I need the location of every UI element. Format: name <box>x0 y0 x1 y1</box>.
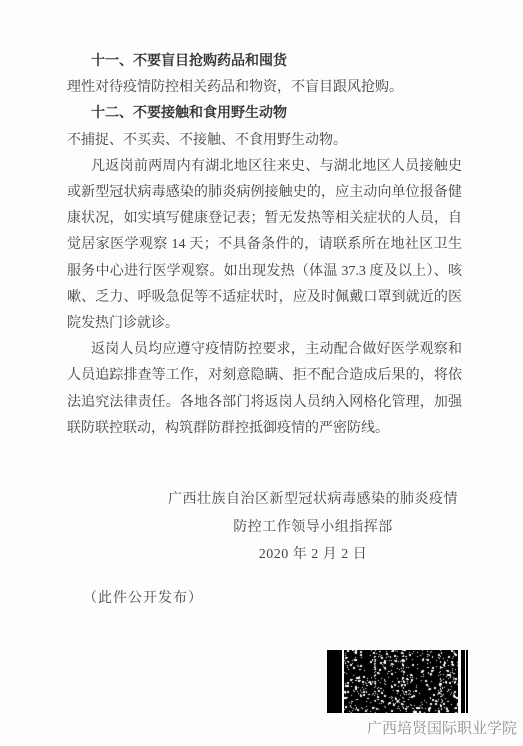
signature-org-line2: 防控工作领导小组指挥部 <box>164 514 462 542</box>
body-paragraph: 凡返岗前两周内有湖北地区往来史、与湖北地区人员接触史或新型冠状病毒感染的肺炎病例… <box>67 154 462 337</box>
signature-org-line1: 广西壮族自治区新型冠状病毒感染的肺炎疫情 <box>164 486 462 514</box>
signature-date: 2020 年 2 月 2 日 <box>164 541 462 569</box>
signature-block: 广西壮族自治区新型冠状病毒感染的肺炎疫情 防控工作领导小组指挥部 2020 年 … <box>164 486 462 569</box>
body-paragraph: 不捕捉、不买卖、不接触、不食用野生动物。 <box>67 128 462 154</box>
section-heading-12: 十二、不要接触和食用野生动物 <box>67 101 462 127</box>
redaction-bar-right-thin <box>466 650 468 713</box>
body-paragraph: 理性对待疫情防控相关药品和物资，不盲目跟风抢购。 <box>67 75 462 101</box>
redaction-noise-region <box>344 650 458 713</box>
public-release-note: （此件公开发布） <box>83 586 203 612</box>
document-body: 十一、不要盲目抢购药品和囤货 理性对待疫情防控相关药品和物资，不盲目跟风抢购。 … <box>67 49 462 442</box>
section-heading-11: 十一、不要盲目抢购药品和囤货 <box>67 49 462 75</box>
redaction-bar-left <box>327 650 342 713</box>
redacted-stamp-block <box>327 650 468 713</box>
watermark-college-name: 广西培贤国际职业学院 <box>367 717 517 738</box>
document-page: 十一、不要盲目抢购药品和囤货 理性对待疫情防控相关药品和物资，不盲目跟风抢购。 … <box>0 0 523 746</box>
body-paragraph: 返岗人员均应遵守疫情防控要求，主动配合做好医学观察和人员追踪排查等工作，对刻意隐… <box>67 337 462 442</box>
